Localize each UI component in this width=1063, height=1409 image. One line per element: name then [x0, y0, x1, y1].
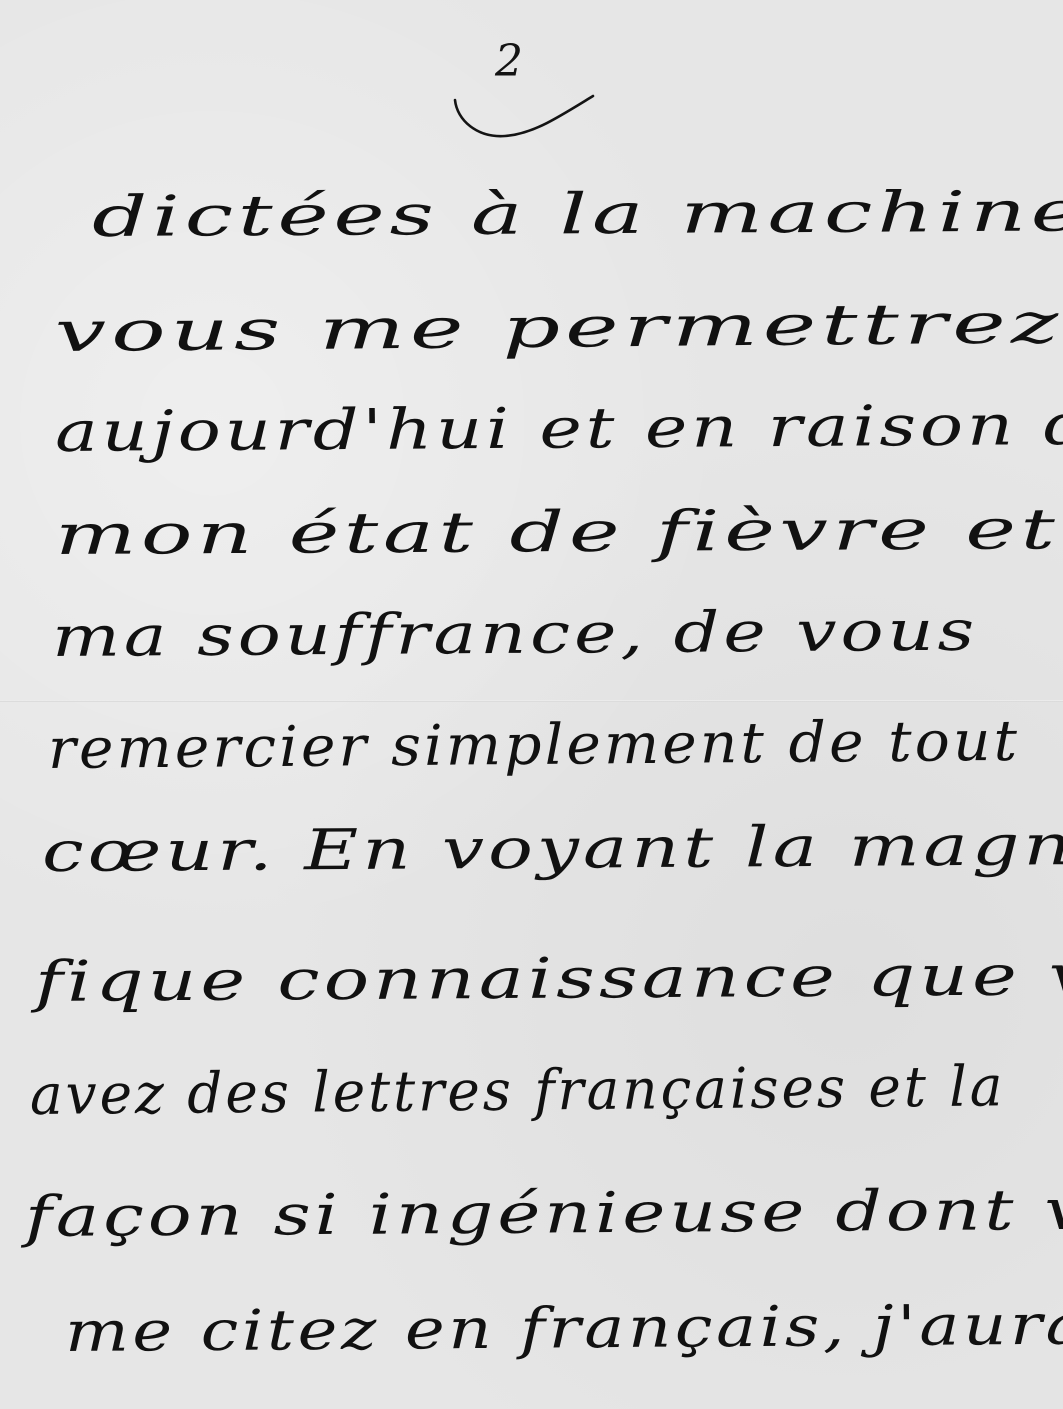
letter-line-5: ma souffrance, de vous	[52, 604, 979, 666]
page-number-underline-arc	[447, 60, 597, 140]
paper-fold-crease	[0, 700, 1063, 702]
letter-line-1: dictées à la machine. Aussi	[92, 183, 1063, 246]
letter-line-4: mon état de fièvre et de	[55, 501, 1063, 564]
letter-page: 2 dictées à la machine. Aussi vous me pe…	[0, 0, 1063, 1409]
letter-line-7: cœur. En voyant la magni-	[42, 818, 1063, 881]
letter-line-2: vous me permettrez pour	[54, 294, 1063, 361]
letter-line-9: avez des lettres françaises et la	[30, 1059, 1006, 1124]
letter-line-10: façon si ingénieuse dont vous	[25, 1182, 1063, 1246]
page-number-marker: 2	[447, 40, 597, 120]
letter-line-6: remercier simplement de tout	[48, 714, 1021, 778]
letter-line-8: fique connaissance que vous	[35, 947, 1063, 1011]
letter-line-11: me citez en français, j'aurais	[65, 1297, 1063, 1361]
letter-line-3: aujourd'hui et en raison de	[55, 398, 1063, 461]
